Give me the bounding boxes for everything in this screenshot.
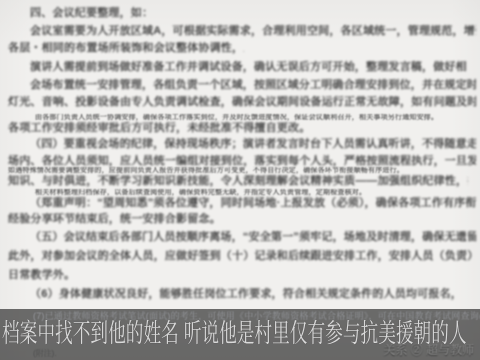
- blurred-text-line: （四）要重视会场的纪律，保持现场秩序；演讲者发言时台下人员需认真听讲，不得随意走…: [30, 138, 476, 150]
- blurred-text-line: （五）会议结束后各部门人员按顺序离场，“安全第一”须牢记，场地及时清理，确保无遗…: [30, 231, 476, 243]
- blurred-text-line: 由各部门负责人员统一协调安排，确保各项工作落实到位，并及时反馈进度情况，保证会议…: [35, 114, 467, 122]
- blurred-text-line: 各项工作安排须经审批后方可执行，未经批准不得擅自更改。: [8, 122, 333, 134]
- blurred-text-line: 会场布置统一安排管理，各组负责一个区域，按照区域分工明确合理安排到位，并在规定时…: [30, 79, 476, 91]
- blurred-text-line: 会议室需要为人开放区域A，可根据实际需求，合理利用空间，各区域统一，管理规范，增…: [30, 25, 476, 37]
- blurred-text-line: 日常教学外。: [8, 269, 100, 281]
- blurred-text-line: 如遇特殊情况需要调整安排的，应提前向负责人报告并获得批准后方可变更，不得自行决定…: [8, 167, 470, 175]
- blurred-text-line: （6）身体健康状况良好，能够胜任岗位工作要求，符合相关规定条件的人员均可报名，详…: [30, 288, 462, 300]
- blurred-text-line: 各层・相同的布置场所装饰和会议整体协调性，上台演讲时：: [8, 42, 244, 54]
- ghost-background-text: (附注).: [33, 349, 57, 358]
- blurred-text-line: 知识、与时俱进，不断学习新知识新技能，令人深刻理解会议精神实质——加强组织纪律性…: [8, 175, 468, 187]
- caption-text: 档案中找不到他的姓名 听说他是村里仅有参与抗美援朝的人: [2, 320, 467, 347]
- blurred-text-line: 场内、各位人员须知，应人员统一编组对接到位，落实到每个人头，严格按照流程执行，一…: [8, 155, 476, 167]
- blurred-text-line: 演讲人需提前到场做好准备工作并调试设备，确认无误后方可开始，整理发言稿，做好相应…: [30, 61, 466, 73]
- blurred-text-line: 此外，对参加会议的全体人员，应做好签到（十）记录和后续跟进安排工作，安排人员（负…: [8, 250, 476, 262]
- blurred-text-line: （郑重声明：“望周知悉”须各位遵守，同时间场地·上报发放（必须），确保各项工作有…: [30, 197, 476, 209]
- caption-bar: (7)已通过教师资格考试笔试(面试)的考生，可使用《中小学教师资格考试合格证明》…: [0, 309, 480, 360]
- scanned-document-page: 四、会议纪要整理，如： 会议室需要为人开放区域A，可根据实际需求，合理利用空间，…: [0, 0, 480, 360]
- blurred-text-line: 经验分享环节结束后，统一安排合影留念。: [8, 213, 246, 225]
- blurred-text-line: 四、会议纪要整理，如：: [30, 7, 148, 19]
- blurred-text-line: 灯光、音响、投影设备由专人负责调试检查，确保会议期间设备运行正常无故障，如有问题…: [8, 96, 476, 108]
- blurred-text-line: 相关材料整理归档保存，以备后续查阅使用，确保资料完整无缺，并指定专人负责管理，定…: [35, 189, 465, 197]
